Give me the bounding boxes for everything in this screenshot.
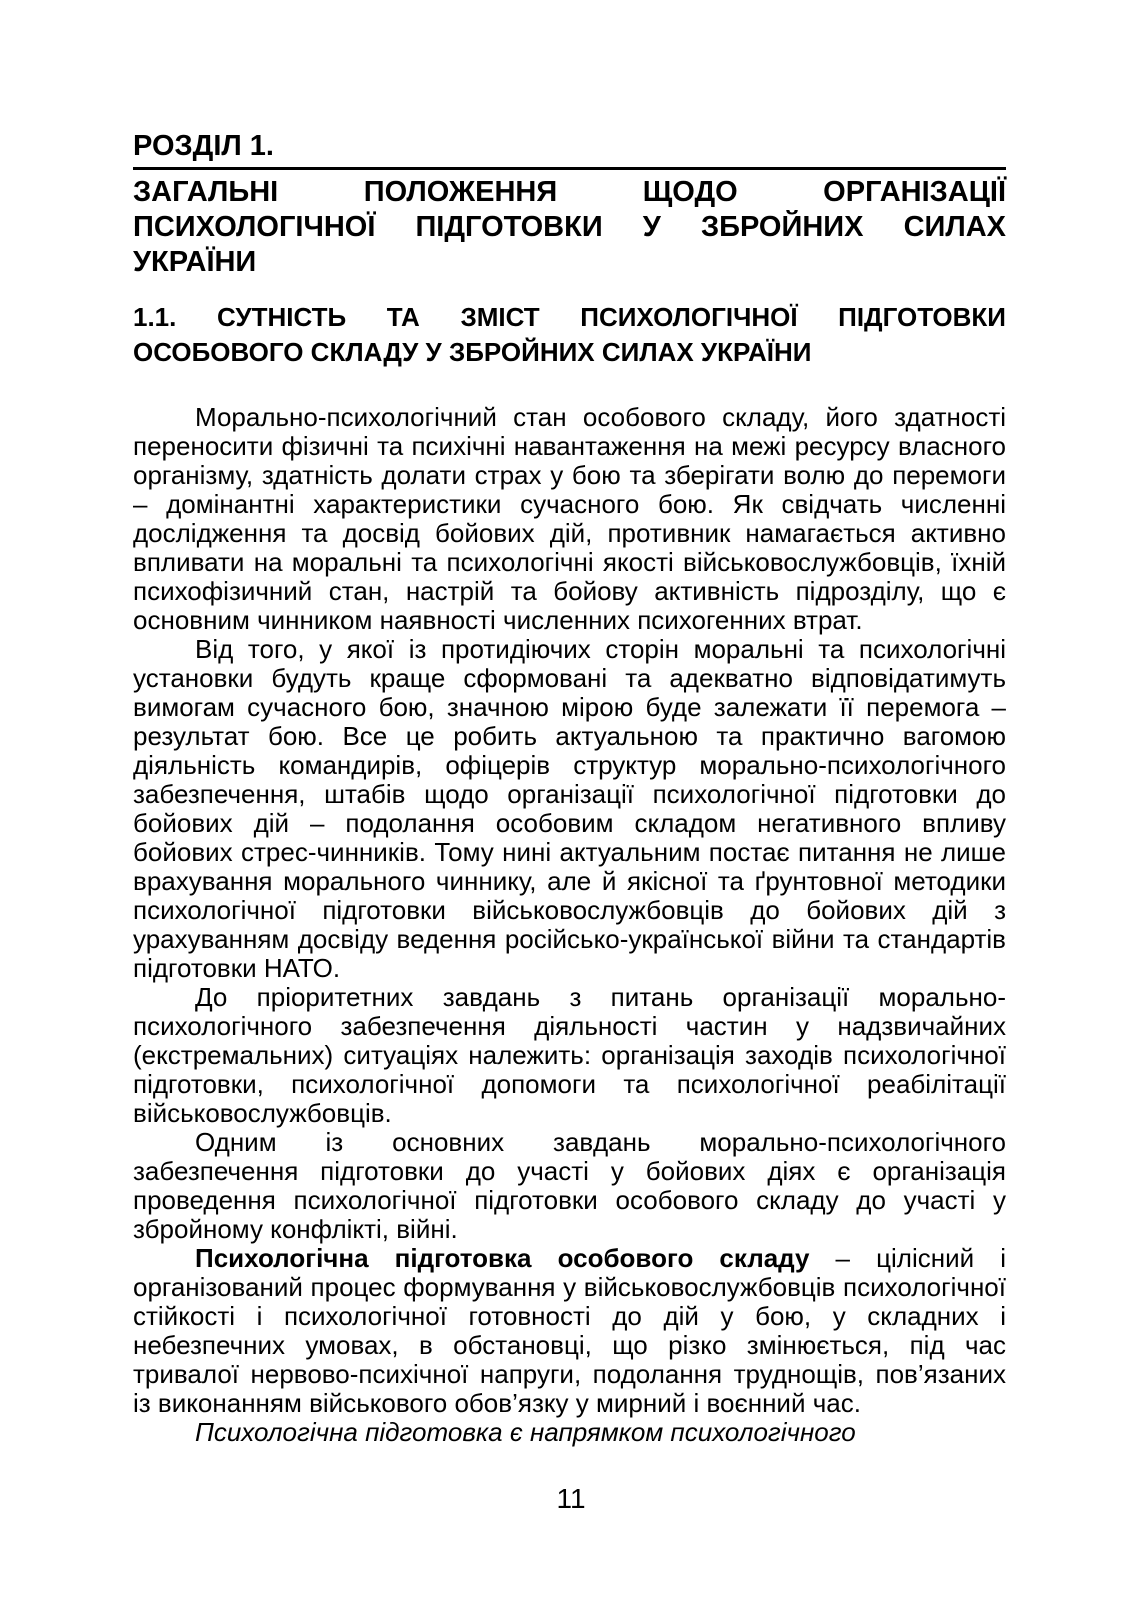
section-title: 1.1. СУТНІСТЬ ТА ЗМІСТ ПСИХОЛОГІЧНОЇ ПІД…: [133, 300, 1006, 370]
paragraph-1: Морально-психологічний стан особового ск…: [133, 403, 1006, 635]
paragraph-5: Психологічна підготовка особового складу…: [133, 1244, 1006, 1418]
body-text: Морально-психологічний стан особового ск…: [133, 403, 1006, 1447]
paragraph-3: До пріоритетних завдань з питань організ…: [133, 983, 1006, 1128]
paragraph-4: Одним із основних завдань морально-психо…: [133, 1128, 1006, 1244]
chapter-title: ЗАГАЛЬНІ ПОЛОЖЕННЯ ЩОДО ОРГАНІЗАЦІЇ ПСИХ…: [133, 175, 1006, 280]
paragraph-6-italic: Психологічна підготовка є напрямком псих…: [133, 1418, 1006, 1447]
chapter-label: РОЗДІЛ 1.: [133, 128, 1006, 170]
page-number: 11: [0, 1483, 1142, 1515]
definition-term: Психологічна підготовка особового складу: [195, 1243, 809, 1273]
document-page: РОЗДІЛ 1. ЗАГАЛЬНІ ПОЛОЖЕННЯ ЩОДО ОРГАНІ…: [0, 0, 1142, 1615]
text-block: РОЗДІЛ 1. ЗАГАЛЬНІ ПОЛОЖЕННЯ ЩОДО ОРГАНІ…: [133, 128, 1006, 1447]
paragraph-2: Від того, у якої із протидіючих сторін м…: [133, 635, 1006, 983]
